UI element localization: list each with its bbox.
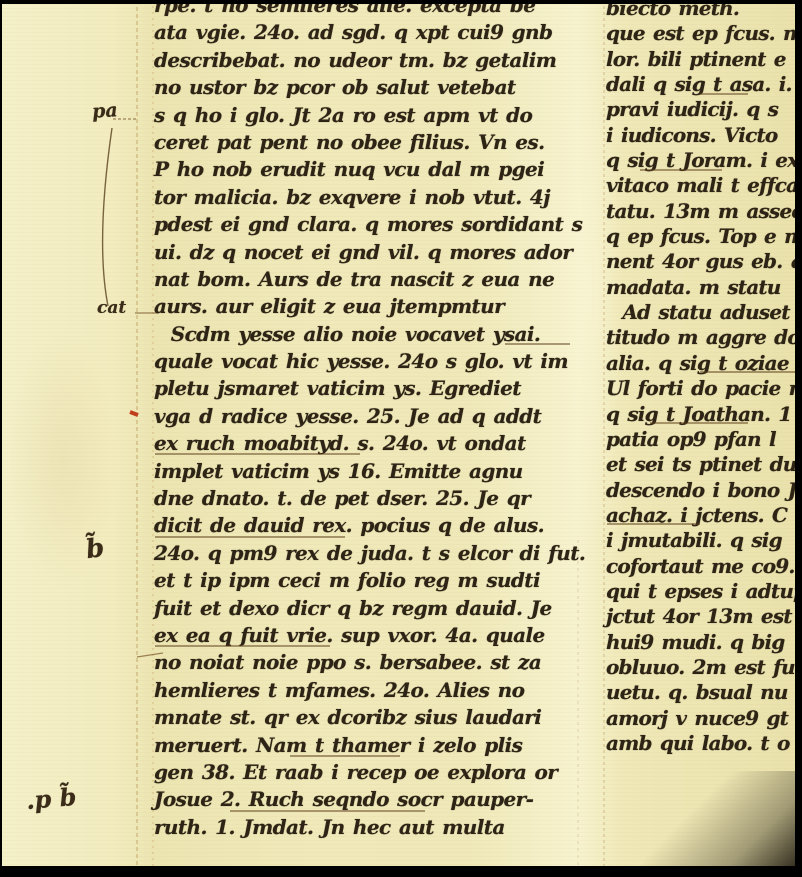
text-line: aurs. aur eligit z eua jtempmtur — [154, 293, 580, 320]
text-line: vga d radice yesse. 25. Je ad q addt — [154, 403, 580, 430]
text-line: et sei ts ptinet duo — [606, 452, 802, 477]
marginal-note-b: b̃ — [84, 533, 106, 565]
text-line: s q ho i glo. Jt 2a ro est apm vt do — [154, 102, 580, 129]
text-line: pravi iudicij. q s — [606, 97, 802, 122]
text-line: alia. q sig t oziae — [606, 351, 802, 376]
text-line: 24o. q pm9 rex de juda. t s elcor di fut… — [154, 540, 580, 567]
text-line: nat bom. Aurs de tra nascit z eua ne — [154, 266, 580, 293]
text-line: pdest ei gnd clara. q mores sordidant s — [154, 211, 580, 238]
text-line: no ustor bz pcor ob salut vetebat — [154, 74, 580, 101]
text-line: que est ep fcus. m d — [606, 21, 802, 46]
text-line: Ul forti do pacie m — [606, 376, 802, 401]
text-line: achaz. i jctens. C — [606, 503, 802, 528]
text-line: dali q sig t asa. i. — [606, 72, 802, 97]
frame-bottom-edge — [0, 866, 802, 877]
main-text-column: rpe. t no semlieres alie. excepta be ata… — [154, 0, 580, 841]
frame-right-edge — [795, 0, 802, 877]
text-line: ex ea q fuit vrie. sup vxor. 4a. quale — [154, 622, 580, 649]
text-line: P ho nob erudit nuq vcu dal m pgei — [154, 156, 580, 183]
text-line: q sig t Joathan. 1 — [606, 402, 802, 427]
text-line: ata vgie. 24o. ad sgd. q xpt cui9 gnb — [154, 19, 580, 46]
text-line: tor malicia. bz exqvere i nob vtut. 4j — [154, 184, 580, 211]
text-line: dne dnato. t. de pet dser. 25. Je qr — [154, 485, 580, 512]
corner-shadow — [625, 771, 795, 866]
marginal-note-pa: pa — [91, 99, 118, 123]
text-line: amb qui labo. t o — [606, 731, 802, 756]
rubric-red-mark — [130, 412, 138, 415]
text-line: dicit de dauid rex. pocius q de alus. — [154, 512, 580, 539]
text-line: jctut 4or 13m est — [606, 604, 802, 629]
text-line: nent 4or gus eb. q — [606, 249, 802, 274]
right-text-column: biecto meth. que est ep fcus. m d lor. b… — [606, 0, 802, 756]
text-line: ceret pat pent no obee filius. Vn es. — [154, 129, 580, 156]
text-line: ex ruch moabityd. s. 24o. vt ondat — [154, 430, 580, 457]
text-line: tatu. 13m m assecu — [606, 199, 802, 224]
marginal-note-cat: cat — [97, 298, 126, 318]
marginal-note-pb: .p b̃ — [25, 782, 78, 815]
text-line: meruert. Nam t thamer i zelo plis — [154, 732, 580, 759]
text-line: uetu. q. bsual nu — [606, 680, 802, 705]
text-line: descendo i bono Jm — [606, 478, 802, 503]
text-line: qui t epses i adtup — [606, 579, 802, 604]
text-line: lor. bili ptinent e — [606, 47, 802, 72]
margin-bracket-line — [102, 128, 112, 306]
text-line: patia op9 pfan l — [606, 427, 802, 452]
text-line: q ep fcus. Top e m — [606, 224, 802, 249]
text-line: cofortaut me co9. — [606, 554, 802, 579]
text-line: gen 38. Et raab i recep oe explora or — [154, 759, 580, 786]
text-line: ruth. 1. Jmdat. Jn hec aut multa — [154, 814, 580, 841]
text-line: pletu jsmaret vaticim ys. Egrediet — [154, 375, 580, 402]
text-line: mnate st. qr ex dcoribz sius laudari — [154, 704, 580, 731]
frame-top-edge — [0, 0, 802, 4]
text-line: quale vocat hic yesse. 24o s glo. vt im — [154, 348, 580, 375]
text-line: hemlieres t mfames. 24o. Alies no — [154, 677, 580, 704]
text-line: i iudicons. Victo — [606, 123, 802, 148]
text-line: et t ip ipm ceci m folio reg m sudti — [154, 567, 580, 594]
text-line: describebat. no udeor tm. bz getalim — [154, 47, 580, 74]
text-line: titudo m aggre do — [606, 325, 802, 350]
text-line: no noiat noie ppo s. bersabee. st za — [154, 649, 580, 676]
text-line: Josue 2. Ruch seqndo socr pauper- — [154, 786, 580, 813]
text-line: hui9 mudi. q big — [606, 630, 802, 655]
text-line-paragraph-start: Scdm yesse alio noie vocavet ysai. — [154, 321, 580, 348]
frame-left-edge — [0, 0, 2, 877]
text-line: q sig t Joram. i ex — [606, 148, 802, 173]
text-line: obluuo. 2m est fu — [606, 655, 802, 680]
text-line: fuit et dexo dicr q bz regm dauid. Je — [154, 595, 580, 622]
text-line: amorj v nuce9 gt — [606, 706, 802, 731]
text-line-paragraph-start: Ad statu aduset f — [606, 300, 802, 325]
text-line: ui. dz q nocet ei gnd vil. q mores ador — [154, 239, 580, 266]
manuscript-page: pa cat b̃ .p b̃ rpe. t no semlieres alie… — [0, 0, 802, 877]
text-line: i jmutabili. q sig — [606, 528, 802, 553]
text-line: implet vaticim ys 16. Emitte agnu — [154, 458, 580, 485]
text-line: madata. m statu — [606, 275, 802, 300]
text-line: vitaco mali t effcau — [606, 173, 802, 198]
